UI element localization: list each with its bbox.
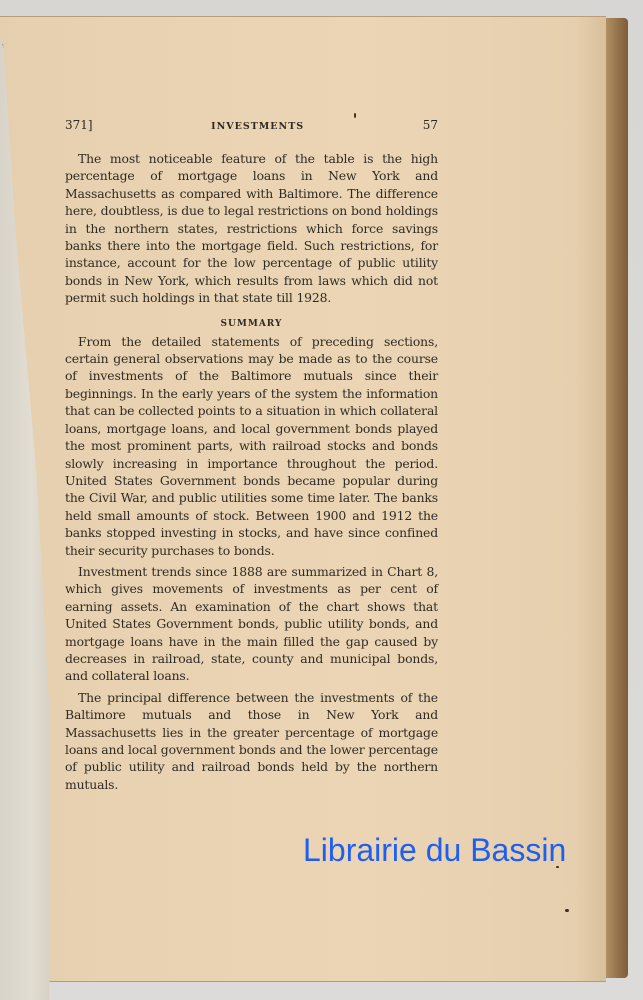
page-number: 57 — [423, 118, 438, 132]
paragraph: The principal difference between the inv… — [65, 689, 438, 793]
section-heading: SUMMARY — [65, 319, 438, 329]
paragraph: The most noticeable feature of the table… — [65, 150, 438, 307]
running-title: INVESTMENTS — [211, 121, 304, 132]
paragraph: From the detailed statements of precedin… — [65, 333, 438, 559]
paper-speck — [565, 909, 569, 912]
watermark-text: Librairie du Bassin — [303, 832, 566, 869]
paragraph: Investment trends since 1888 are summari… — [65, 563, 438, 685]
running-head: 371] INVESTMENTS 57 — [65, 118, 438, 132]
chapter-marker: 371] — [65, 118, 93, 132]
page-content: 371] INVESTMENTS 57 The most noticeable … — [65, 118, 438, 793]
